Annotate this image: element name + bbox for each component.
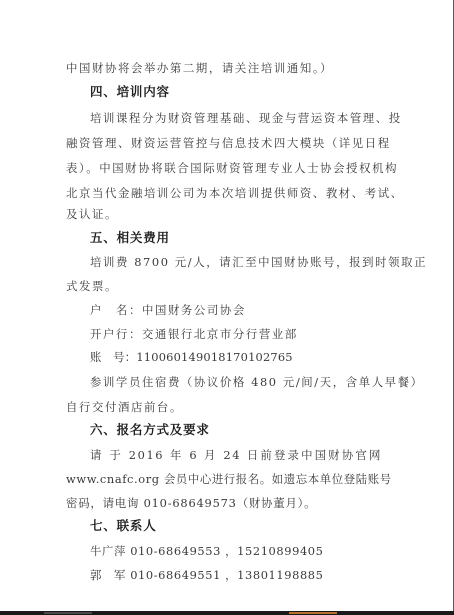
taskbar-tab-active[interactable] [289, 612, 337, 614]
paragraph-line: 表）。中国财协将联合国际财资管理专业人士协会授权机构 [66, 160, 382, 176]
paragraph-line-phone: 密码，请电询 010-68649573（财协董月）。 [66, 495, 382, 511]
contact-line: 郭 军 010-68649551 ，13801198885 [90, 567, 382, 583]
account-number: 账 号：110060149018170102765 [90, 349, 382, 365]
section-heading-training-content: 四、培训内容 [90, 84, 406, 100]
document-page: 中国财协将会举办第二期，请关注培训通知。） 四、培训内容 培训课程分为财资管理基… [0, 0, 454, 612]
paragraph-line: 式发票。 [66, 278, 382, 294]
paragraph-line-website: www.cnafc.org 会员中心进行报名。如遗忘本单位登陆账号 [66, 471, 382, 487]
contact-line: 牛广萍 010-68649553 ，15210899405 [90, 543, 382, 559]
paragraph-line: 北京当代金融培训公司为本次培训提供师资、教材、考试、 [66, 185, 382, 201]
paragraph-line: 融资管理、财资运营管控与信息技术四大模块（详见日程 [66, 135, 382, 151]
paragraph-line: 参训学员住宿费（协议价格 480 元/间/天，含单人早餐） [90, 374, 382, 390]
taskbar-tab[interactable] [44, 612, 92, 614]
section-heading-fees: 五、相关费用 [90, 230, 406, 246]
paragraph-line: 自行交付酒店前台。 [66, 399, 382, 415]
paragraph-line: 及认证。 [66, 206, 382, 222]
paragraph-line: 请 于 2016 年 6 月 24 日前登录中国财协官网 [90, 447, 382, 463]
section-heading-contacts: 七、联系人 [90, 518, 406, 534]
section-heading-registration: 六、报名方式及要求 [90, 422, 406, 438]
account-name: 户 名：中国财务公司协会 [90, 302, 382, 318]
account-bank: 开户行：交通银行北京市分行营业部 [90, 326, 382, 342]
paragraph-line: 培训课程分为财资管理基础、现金与营运资本管理、投 [90, 110, 382, 126]
paragraph-line: 培训费 8700 元/人，请汇至中国财协账号，报到时领取正 [90, 254, 382, 270]
paragraph-line: 中国财协将会举办第二期，请关注培训通知。） [66, 60, 382, 76]
